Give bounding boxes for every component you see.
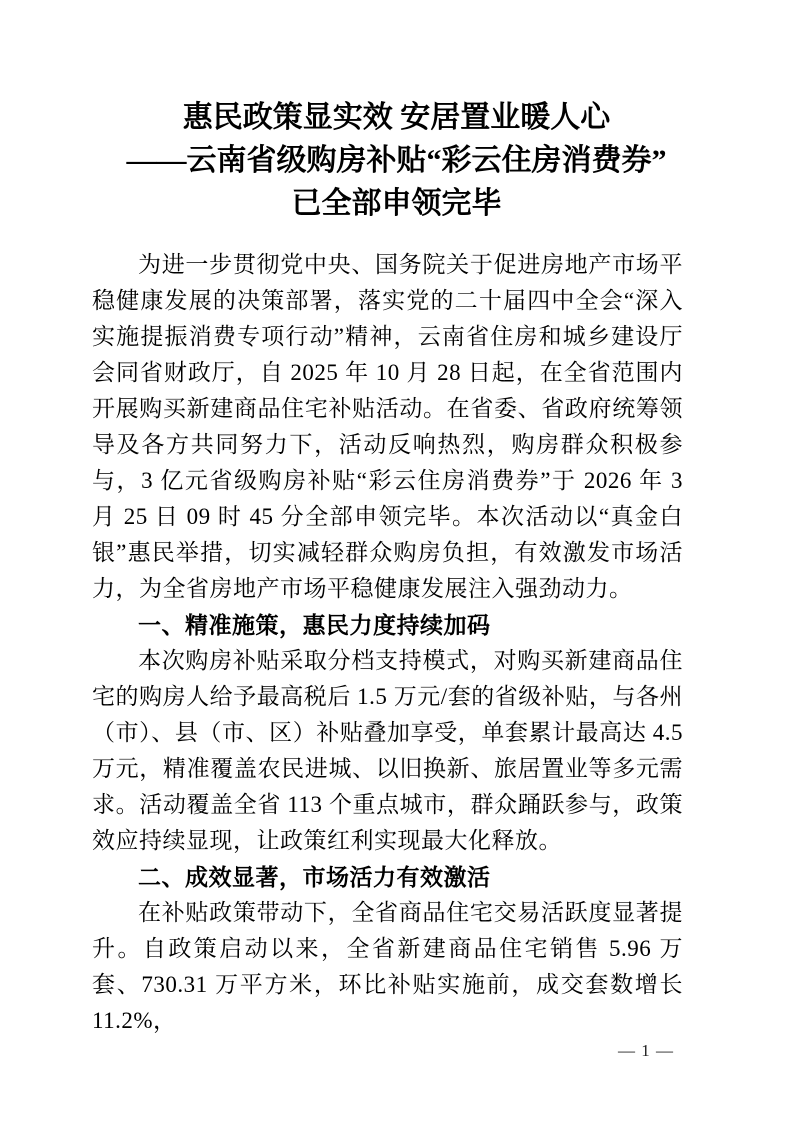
- document-page: 惠民政策显实效 安居置业暖人心 ——云南省级购房补贴“彩云住房消费券” 已全部申…: [0, 0, 793, 1122]
- title-line-1: 惠民政策显实效 安居置业暖人心: [0, 96, 793, 139]
- paragraph-section-1: 本次购房补贴采取分档支持模式，对购买新建商品住宅的购房人给予最高税后 1.5 万…: [92, 643, 683, 859]
- page-number: — 1 —: [618, 1042, 674, 1060]
- paragraph-section-2: 在补贴政策带动下，全省商品住宅交易活跃度显著提升。自政策启动以来，全省新建商品住…: [92, 895, 683, 1039]
- paragraph-intro: 为进一步贯彻党中央、国务院关于促进房地产市场平稳健康发展的决策部署，落实党的二十…: [92, 247, 683, 607]
- document-body: 为进一步贯彻党中央、国务院关于促进房地产市场平稳健康发展的决策部署，落实党的二十…: [92, 247, 683, 1039]
- section-heading-2: 二、成效显著，市场活力有效激活: [92, 859, 683, 895]
- document-title: 惠民政策显实效 安居置业暖人心 ——云南省级购房补贴“彩云住房消费券” 已全部申…: [0, 96, 793, 225]
- section-heading-1: 一、精准施策，惠民力度持续加码: [92, 607, 683, 643]
- title-line-3: 已全部申领完毕: [0, 182, 793, 225]
- title-line-2: ——云南省级购房补贴“彩云住房消费券”: [0, 139, 793, 182]
